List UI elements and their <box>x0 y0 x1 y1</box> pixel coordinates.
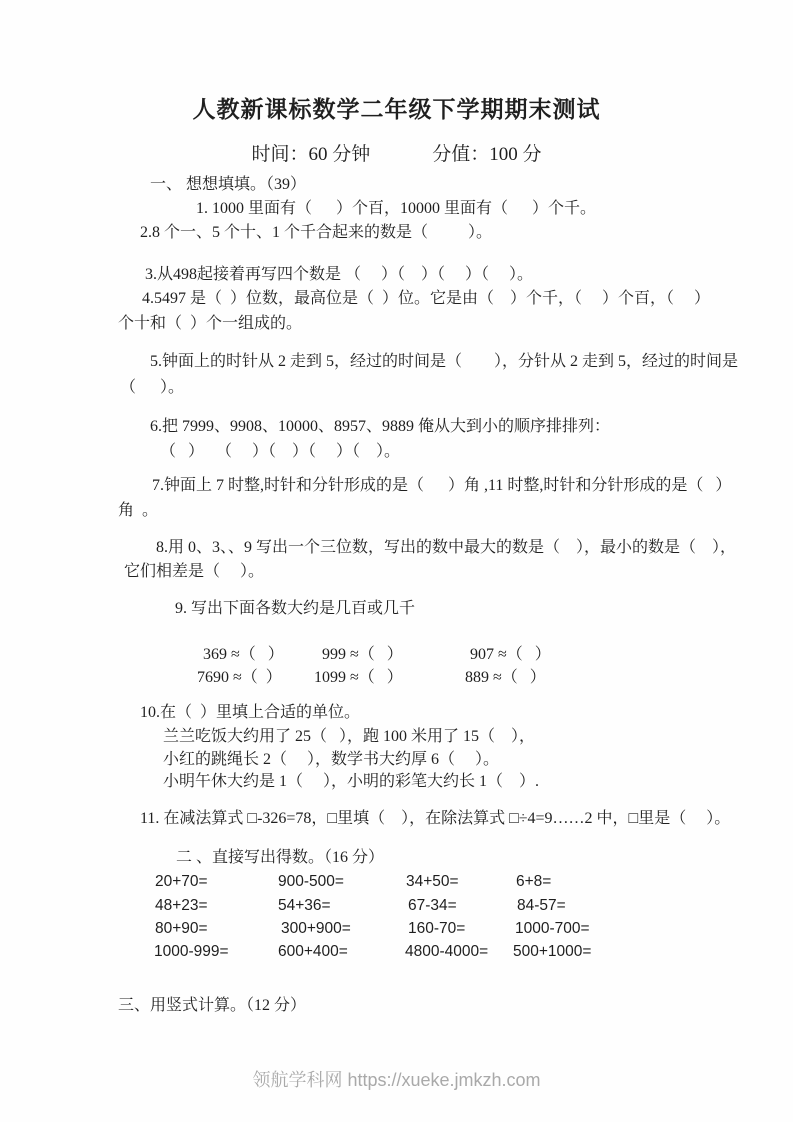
test-meta: 时间：60 分钟分值：100 分 <box>0 139 793 166</box>
question-9-item: 889 ≈（ ） <box>465 667 546 688</box>
arithmetic-problem: 84-57= <box>517 895 566 916</box>
question-9-item: 1099 ≈（ ） <box>314 667 403 688</box>
arithmetic-problem: 34+50= <box>406 871 459 892</box>
question-1: 1. 1000 里面有（ ）个百，10000 里面有（ ）个千。 <box>196 198 596 219</box>
arithmetic-problem: 4800-4000= <box>405 941 488 962</box>
meta-time: 时间：60 分钟 <box>251 144 370 165</box>
arithmetic-problem: 54+36= <box>278 895 331 916</box>
question-11: 11. 在减法算式 □-326=78，□里填（ ），在除法算式 □÷4=9……2… <box>140 808 730 829</box>
question-9-item: 907 ≈（ ） <box>470 644 551 665</box>
arithmetic-problem: 6+8= <box>516 871 551 892</box>
arithmetic-problem: 1000-999= <box>154 941 229 962</box>
question-6-line-2: （ ） （ ）（ ）（ ）（ ）。 <box>160 441 400 462</box>
question-4-line-2: 个十和（ ）个一组成的。 <box>118 313 302 334</box>
question-2: 2.8 个一、5 个十、1 个千合起来的数是（ ）。 <box>140 222 492 243</box>
question-9-item: 999 ≈（ ） <box>322 644 403 665</box>
question-3: 3.从498起接着再写四个数是 （ ）（ ）（ ）（ ）。 <box>145 264 533 285</box>
arithmetic-problem: 48+23= <box>155 895 208 916</box>
arithmetic-problem: 80+90= <box>155 918 208 939</box>
question-10-header: 10.在（ ）里填上合适的单位。 <box>140 702 360 723</box>
question-4-line-1: 4.5497 是（ ）位数，最高位是（ ）位。它是由（ ）个千，（ ）个百，（ … <box>142 288 710 309</box>
question-10-line-3: 小明午休大约是 1（ ），小明的彩笔大约长 1（ ）. <box>163 771 539 792</box>
section1-header: 一、 想想填填。（39） <box>150 174 306 195</box>
meta-score: 分值：100 分 <box>432 144 541 165</box>
arithmetic-problem: 160-70= <box>408 918 465 939</box>
test-paper-page: 人教新课标数学二年级下学期期末测试 时间：60 分钟分值：100 分 一、 想想… <box>0 0 793 1122</box>
section2-header: 二 、直接写出得数。（16 分） <box>176 847 384 868</box>
question-9-item: 7690 ≈（ ） <box>197 667 282 688</box>
question-9-item: 369 ≈（ ） <box>203 644 284 665</box>
arithmetic-problem: 20+70= <box>155 871 208 892</box>
watermark-footer: 领航学科网 https://xueke.jmkzh.com <box>0 1066 793 1092</box>
question-10-line-2: 小红的跳绳长 2（ ），数学书大约厚 6（ ）。 <box>163 749 499 770</box>
arithmetic-problem: 600+400= <box>278 941 348 962</box>
page-title: 人教新课标数学二年级下学期期末测试 <box>0 91 793 124</box>
arithmetic-problem: 900-500= <box>278 871 344 892</box>
arithmetic-problem: 300+900= <box>281 918 351 939</box>
arithmetic-problem: 500+1000= <box>513 941 591 962</box>
question-7-line-1: 7.钟面上 7 时整,时针和分针形成的是（ ）角 ,11 时整,时针和分针形成的… <box>152 475 731 496</box>
question-9-header: 9. 写出下面各数大约是几百或几千 <box>175 598 415 619</box>
arithmetic-problem: 67-34= <box>408 895 457 916</box>
question-5-line-2: （ ）。 <box>120 377 184 398</box>
section3-header: 三、用竖式计算。（12 分） <box>118 995 306 1016</box>
arithmetic-problem: 1000-700= <box>515 918 590 939</box>
question-10-line-1: 兰兰吃饭大约用了 25（ ），跑 100 米用了 15（ ）， <box>163 726 535 747</box>
question-6-line-1: 6.把 7999、9908、10000、8957、9889 俺从大到小的顺序排排… <box>150 416 610 437</box>
question-7-line-2: 角 。 <box>118 500 158 521</box>
question-5-line-1: 5.钟面上的时针从 2 走到 5，经过的时间是（ ），分针从 2 走到 5，经过… <box>150 351 738 372</box>
question-8-line-1: 8.用 0、3、、9 写出一个三位数，写出的数中最大的数是（ ），最小的数是（ … <box>156 537 736 558</box>
question-8-line-2: 它们相差是（ ）。 <box>124 561 264 582</box>
